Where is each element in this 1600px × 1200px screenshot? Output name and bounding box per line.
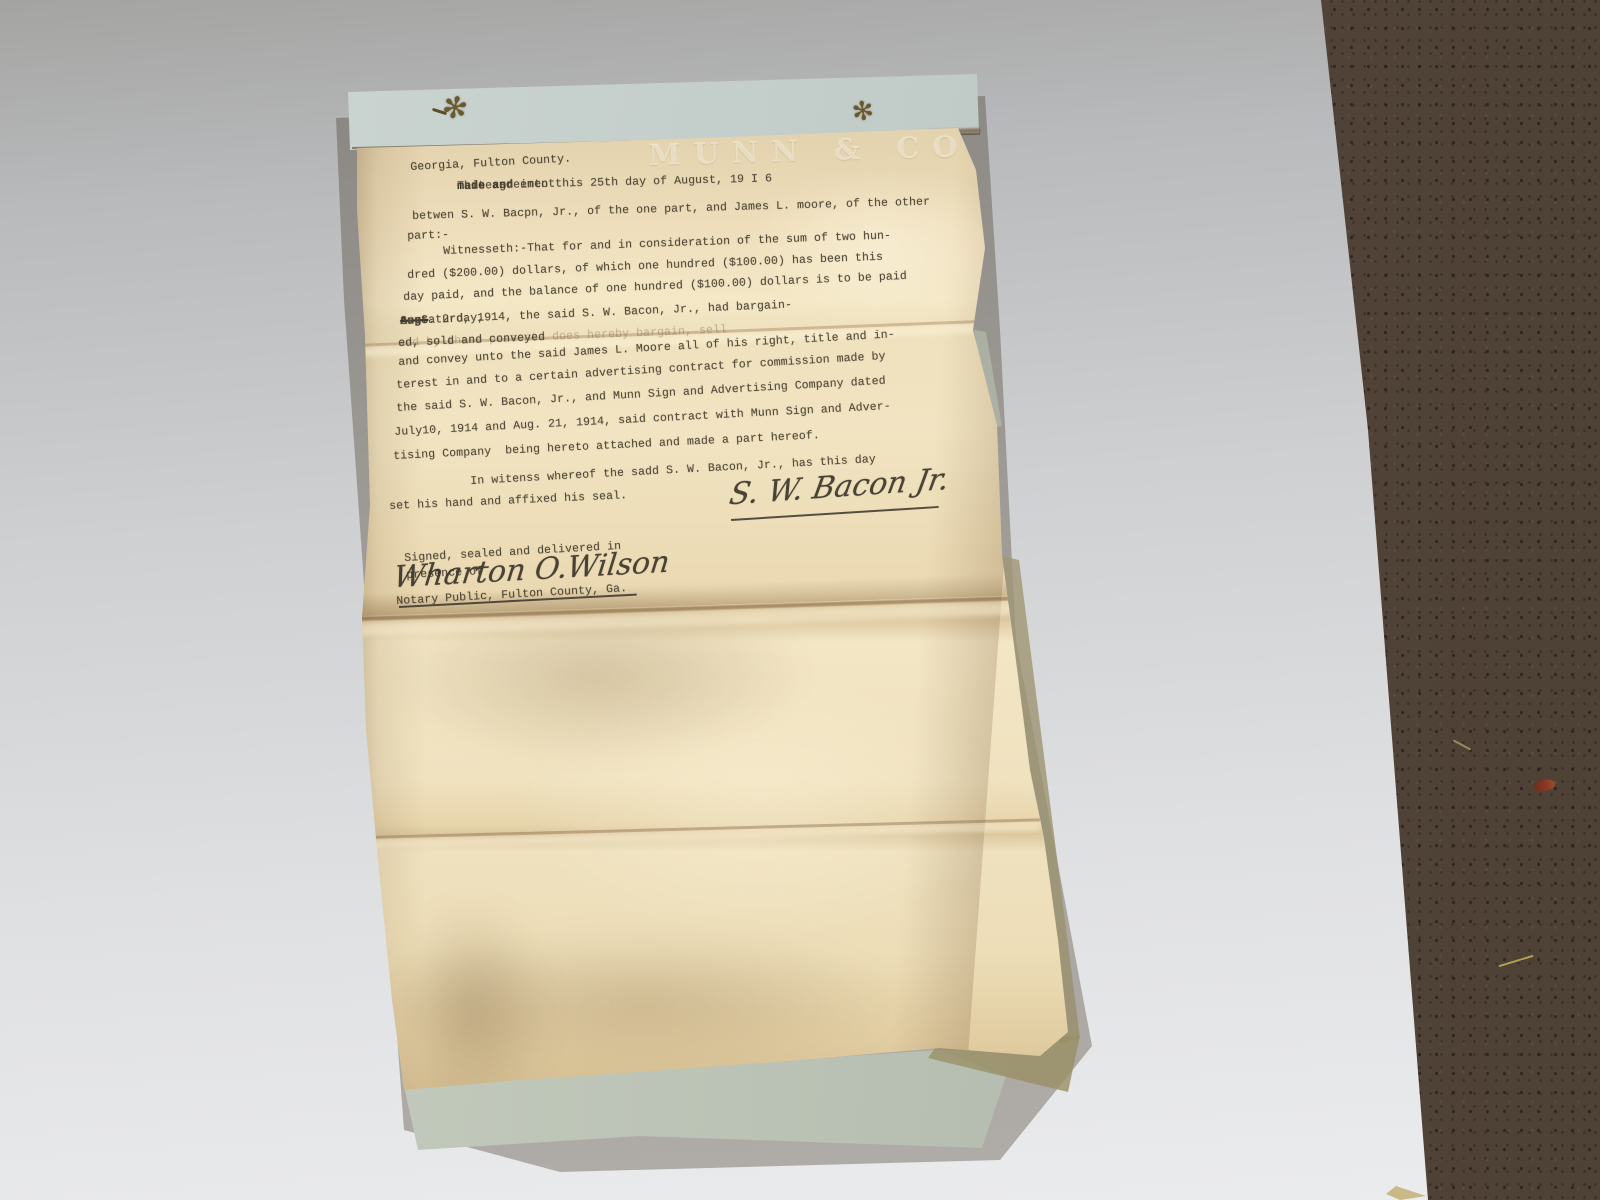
typed-line: part:- (407, 229, 449, 244)
sheet-edge-sliver (1386, 1184, 1428, 1200)
photo-scene: MUNN & CO Georgia, Fulton County. This a… (0, 0, 1600, 1200)
brass-fastener-icon: ✻ (850, 95, 876, 128)
